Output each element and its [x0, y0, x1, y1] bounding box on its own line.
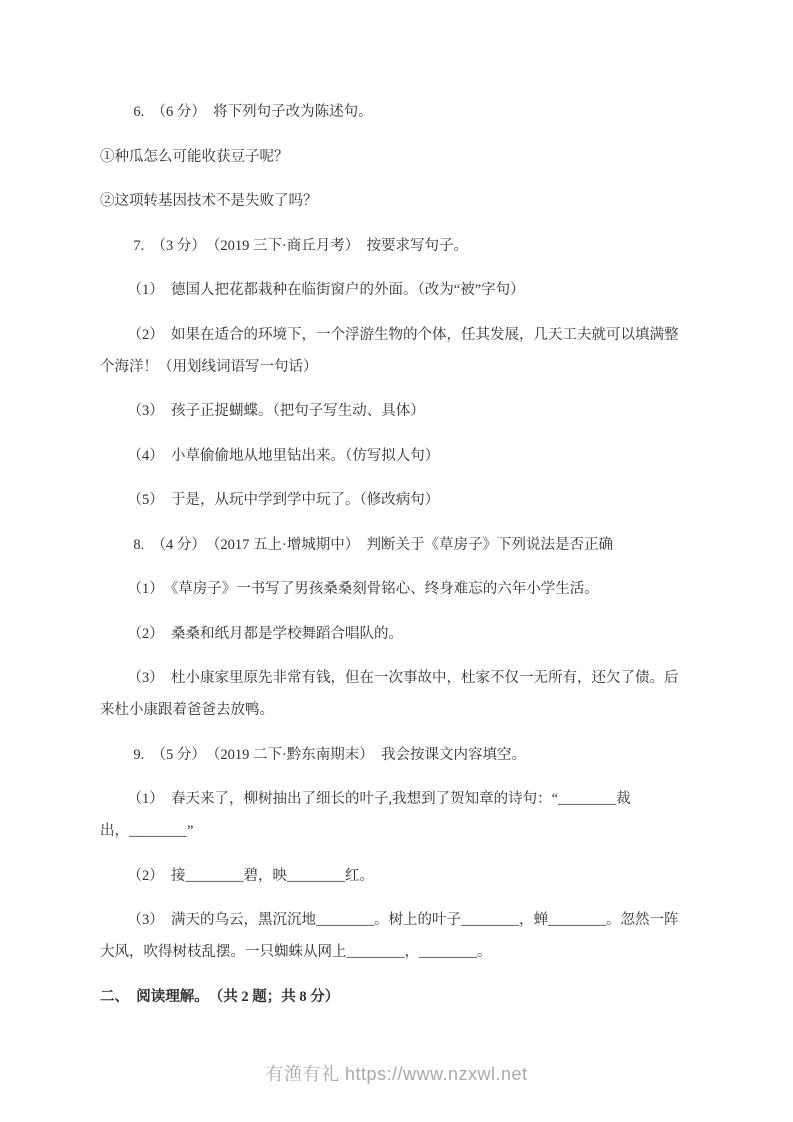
question-6-header: 6. （6 分） 将下列句子改为陈述句。 — [100, 96, 700, 128]
question-9-part-2: （2） 接________碧，映________红。 — [100, 860, 700, 892]
question-7-part-2: （2） 如果在适合的环境下，一个浮游生物的个体，任其发展，几天工夫就可以填满整 … — [100, 319, 700, 383]
question-8-header: 8. （4 分） （2017 五上·增城期中） 判断关于《草房子》下列说法是否正… — [100, 529, 700, 561]
question-8-part-1: （1） 《草房子》一书写了男孩桑桑刻骨铭心、终身难忘的六年小学生活。 — [100, 573, 700, 605]
section-2-heading: 二、 阅读理解。 （共 2 题；共 8 分） — [100, 981, 700, 1013]
question-8-part-2: （2） 桑桑和纸月都是学校舞蹈合唱队的。 — [100, 618, 700, 650]
question-9-part-1: （1） 春天来了，柳树抽出了细长的叶子,我想到了贺知章的诗句：“________… — [100, 783, 700, 847]
question-8-part-3: （3） 杜小康家里原先非常有钱，但在一次事故中，杜家不仅一无所有，还欠了债。后 … — [100, 662, 700, 726]
question-6: 6. （6 分） 将下列句子改为陈述句。 ①种瓜怎么可能收获豆子呢？ ②这项转基… — [100, 96, 700, 217]
question-6-part-1: ①种瓜怎么可能收获豆子呢？ — [100, 141, 700, 173]
exam-page: 6. （6 分） 将下列句子改为陈述句。 ①种瓜怎么可能收获豆子呢？ ②这项转基… — [100, 96, 700, 1025]
question-9: 9. （5 分） （2019 二下·黔东南期末） 我会按课文内容填空。 （1） … — [100, 739, 700, 969]
question-7-part-4: （4） 小草偷偷地从地里钻出来。（仿写拟人句） — [100, 440, 700, 472]
question-7: 7. （3 分） （2019 三下·商丘月考） 按要求写句子。 （1） 德国人把… — [100, 230, 700, 517]
question-7-header: 7. （3 分） （2019 三下·商丘月考） 按要求写句子。 — [100, 230, 700, 262]
question-9-part-3: （3） 满天的乌云，黑沉沉地________。树上的叶子________，蝉__… — [100, 904, 700, 968]
question-8: 8. （4 分） （2017 五上·增城期中） 判断关于《草房子》下列说法是否正… — [100, 529, 700, 727]
question-7-part-3: （3） 孩子正捉蝴蝶。（把句子写生动、具体） — [100, 395, 700, 427]
question-7-part-5: （5） 于是，从玩中学到学中玩了。（修改病句） — [100, 484, 700, 516]
page-footer: 有渔有礼 https://www.nzxwl.net — [0, 1060, 793, 1086]
question-6-part-2: ②这项转基因技术不是失败了吗？ — [100, 185, 700, 217]
question-9-header: 9. （5 分） （2019 二下·黔东南期末） 我会按课文内容填空。 — [100, 739, 700, 771]
watermark-text: 有渔有礼 https://www.nzxwl.net — [265, 1064, 527, 1084]
question-7-part-1: （1） 德国人把花都栽种在临街窗户的外面。（改为“被”字句） — [100, 274, 700, 306]
